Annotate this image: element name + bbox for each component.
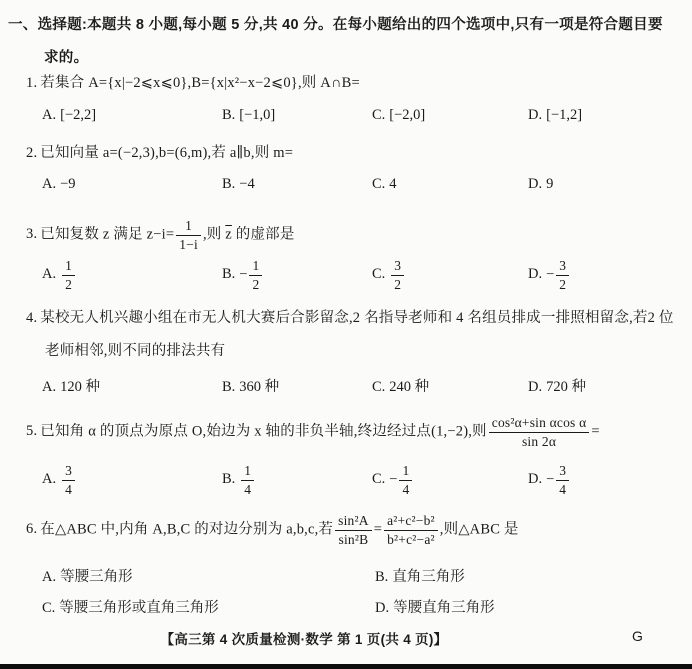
fraction-numerator: 1 (62, 258, 75, 276)
option-text: [−1,2] (546, 107, 582, 123)
question-3-text-post: 的虚部是 (232, 226, 295, 242)
question-3-options: A.12 B.−12 C.32 D.−32 (42, 258, 682, 292)
fraction-numerator: 1 (399, 463, 412, 481)
q4-option-c: C.240 种 (372, 375, 528, 396)
option-label: A. (42, 266, 56, 282)
option-label: C. (372, 176, 385, 192)
question-6-options-row2: C.等腰三角形或直角三角形 D.等腰直角三角形 (42, 596, 682, 617)
question-5-text-post: = (591, 423, 599, 439)
option-fraction: 32 (556, 258, 569, 292)
q1-option-c: C.[−2,0] (372, 107, 528, 124)
exam-page: 一、选择题:本题共 8 小题,每小题 5 分,共 40 分。在每小题给出的四个选… (0, 0, 692, 669)
fraction-numerator: 3 (556, 463, 569, 481)
fraction-numerator: 1 (249, 258, 262, 276)
option-label: A. (42, 176, 56, 192)
question-3-text-mid: ,则 (203, 226, 225, 242)
option-fraction: 14 (241, 463, 254, 497)
option-label: C. (372, 471, 385, 487)
question-3-stem: 3.已知复数 z 满足 z−i=11−i,则 z 的虚部是 (26, 218, 295, 252)
q5-option-a: A.34 (42, 463, 222, 497)
option-text: 等腰直角三角形 (393, 600, 495, 616)
option-text: 等腰三角形或直角三角形 (59, 600, 219, 616)
fraction-numerator: 3 (62, 463, 75, 481)
option-label: B. (222, 471, 235, 487)
fraction-denominator: 4 (241, 481, 254, 498)
option-text: −4 (239, 176, 254, 192)
question-4-options: A.120 种 B.360 种 C.240 种 D.720 种 (42, 375, 682, 396)
q6-option-d: D.等腰直角三角形 (375, 596, 682, 617)
q6-option-c: C.等腰三角形或直角三角形 (42, 596, 375, 617)
option-fraction: 34 (556, 463, 569, 497)
question-1-options: A.[−2,2] B.[−1,0] C.[−2,0] D.[−1,2] (42, 107, 682, 124)
option-text: 120 种 (60, 379, 100, 395)
fraction-denominator: sin²B (335, 531, 372, 548)
question-6-number: 6. (26, 521, 37, 537)
q5-fraction: cos²α+sin αcos αsin 2α (489, 415, 590, 449)
option-text: 720 种 (546, 379, 586, 395)
option-text: [−2,2] (60, 107, 96, 123)
fraction-denominator: sin 2α (489, 433, 590, 450)
section-header-line2: 求的。 (44, 46, 88, 67)
option-label: D. (528, 176, 542, 192)
question-1-stem: 1.若集合 A={x|−2⩽x⩽0},B={x|x²−x−2⩽0},则 A∩B= (26, 71, 360, 92)
q4-option-a: A.120 种 (42, 375, 222, 396)
option-label: C. (372, 379, 385, 395)
option-label: B. (222, 176, 235, 192)
option-label: B. (222, 266, 235, 282)
q2-option-b: B.−4 (222, 176, 372, 193)
option-label: C. (372, 266, 385, 282)
z-conjugate: z (225, 226, 232, 242)
equals-sign: = (374, 521, 382, 537)
question-6-stem: 6.在△ABC 中,内角 A,B,C 的对边分别为 a,b,c,若sin²Asi… (26, 513, 519, 547)
option-sign: − (546, 266, 554, 282)
question-6-text-post: ,则△ABC 是 (440, 521, 519, 537)
option-text: [−1,0] (239, 107, 275, 123)
question-4-text-line2: 老师相邻,则不同的排法共有 (45, 343, 225, 359)
fraction-numerator: cos²α+sin αcos α (489, 415, 590, 433)
q3-option-c: C.32 (372, 258, 528, 292)
option-fraction: 32 (391, 258, 404, 292)
option-label: D. (528, 107, 542, 123)
option-text: 直角三角形 (392, 569, 465, 585)
option-label: C. (372, 107, 385, 123)
q6-option-b: B.直角三角形 (375, 565, 682, 586)
q1-option-a: A.[−2,2] (42, 107, 222, 124)
option-sign: − (389, 471, 397, 487)
question-2-number: 2. (26, 145, 37, 161)
fraction-denominator: 2 (62, 276, 75, 293)
question-6-text-pre: 在△ABC 中,内角 A,B,C 的对边分别为 a,b,c,若 (40, 521, 333, 537)
q3-fraction: 11−i (176, 218, 201, 252)
q6-fraction-right: a²+c²−b²b²+c²−a² (384, 513, 438, 547)
q5-option-b: B.14 (222, 463, 372, 497)
option-label: A. (42, 471, 56, 487)
question-5-number: 5. (26, 423, 37, 439)
question-2-text: 已知向量 a=(−2,3),b=(6,m),若 a∥b,则 m= (40, 145, 293, 161)
option-label: C. (42, 600, 55, 616)
q2-option-d: D.9 (528, 176, 682, 193)
question-5-stem: 5.已知角 α 的顶点为原点 O,始边为 x 轴的非负半轴,终边经过点(1,−2… (26, 415, 600, 449)
q2-option-a: A.−9 (42, 176, 222, 193)
option-text: 等腰三角形 (60, 569, 133, 585)
option-text: [−2,0] (389, 107, 425, 123)
fraction-numerator: a²+c²−b² (384, 513, 438, 531)
question-1-text: 若集合 A={x|−2⩽x⩽0},B={x|x²−x−2⩽0},则 A∩B= (40, 75, 360, 91)
q1-option-b: B.[−1,0] (222, 107, 372, 124)
option-label: A. (42, 379, 56, 395)
q4-option-d: D.720 种 (528, 375, 682, 396)
footer-corner-mark: G (632, 628, 643, 644)
fraction-numerator: 1 (176, 218, 201, 236)
fraction-numerator: 1 (241, 463, 254, 481)
question-3-text-pre: 已知复数 z 满足 z−i= (40, 226, 174, 242)
fraction-denominator: 1−i (176, 236, 201, 253)
fraction-denominator: 2 (249, 276, 262, 293)
question-5-text-pre: 已知角 α 的顶点为原点 O,始边为 x 轴的非负半轴,终边经过点(1,−2),… (40, 423, 486, 439)
option-label: D. (528, 266, 542, 282)
option-text: −9 (60, 176, 75, 192)
q3-option-b: B.−12 (222, 258, 372, 292)
question-4-stem-line1: 4.某校无人机兴趣小组在市无人机大赛后合影留念,2 名指导老师和 4 名组员排成… (26, 306, 674, 327)
q6-option-a: A.等腰三角形 (42, 565, 375, 586)
fraction-numerator: 3 (556, 258, 569, 276)
fraction-denominator: 4 (62, 481, 75, 498)
question-3-number: 3. (26, 226, 37, 242)
fraction-denominator: b²+c²−a² (384, 531, 438, 548)
option-label: D. (375, 600, 389, 616)
question-1-number: 1. (26, 75, 37, 91)
question-4-text-line1: 某校无人机兴趣小组在市无人机大赛后合影留念,2 名指导老师和 4 名组员排成一排… (40, 310, 673, 326)
question-2-stem: 2.已知向量 a=(−2,3),b=(6,m),若 a∥b,则 m= (26, 141, 293, 162)
section-header-line1: 一、选择题:本题共 8 小题,每小题 5 分,共 40 分。在每小题给出的四个选… (8, 13, 663, 34)
fraction-denominator: 4 (399, 481, 412, 498)
option-label: A. (42, 569, 56, 585)
q1-option-d: D.[−1,2] (528, 107, 682, 124)
bottom-scan-line (0, 664, 692, 669)
q6-fraction-left: sin²Asin²B (335, 513, 372, 547)
option-fraction: 12 (249, 258, 262, 292)
q4-option-b: B.360 种 (222, 375, 372, 396)
option-label: B. (375, 569, 388, 585)
option-label: A. (42, 107, 56, 123)
option-label: D. (528, 471, 542, 487)
option-text: 4 (389, 176, 396, 192)
question-4-stem-line2: 老师相邻,则不同的排法共有 (45, 339, 225, 360)
option-label: B. (222, 107, 235, 123)
fraction-denominator: 2 (391, 276, 404, 293)
fraction-denominator: 4 (556, 481, 569, 498)
option-sign: − (546, 471, 554, 487)
q3-option-d: D.−32 (528, 258, 682, 292)
option-label: D. (528, 379, 542, 395)
question-6-options-row1: A.等腰三角形 B.直角三角形 (42, 565, 682, 586)
fraction-numerator: sin²A (335, 513, 372, 531)
option-text: 240 种 (389, 379, 429, 395)
option-label: B. (222, 379, 235, 395)
option-fraction: 34 (62, 463, 75, 497)
page-footer: 【高三第 4 次质量检测·数学 第 1 页(共 4 页)】 (0, 628, 650, 648)
option-text: 360 种 (239, 379, 279, 395)
question-5-options: A.34 B.14 C.−14 D.−34 (42, 463, 682, 497)
question-2-options: A.−9 B.−4 C.4 D.9 (42, 176, 682, 193)
fraction-denominator: 2 (556, 276, 569, 293)
question-4-number: 4. (26, 310, 37, 326)
option-sign: − (239, 266, 247, 282)
option-fraction: 12 (62, 258, 75, 292)
q5-option-c: C.−14 (372, 463, 528, 497)
option-fraction: 14 (399, 463, 412, 497)
q2-option-c: C.4 (372, 176, 528, 193)
fraction-numerator: 3 (391, 258, 404, 276)
q5-option-d: D.−34 (528, 463, 682, 497)
option-text: 9 (546, 176, 553, 192)
q3-option-a: A.12 (42, 258, 222, 292)
